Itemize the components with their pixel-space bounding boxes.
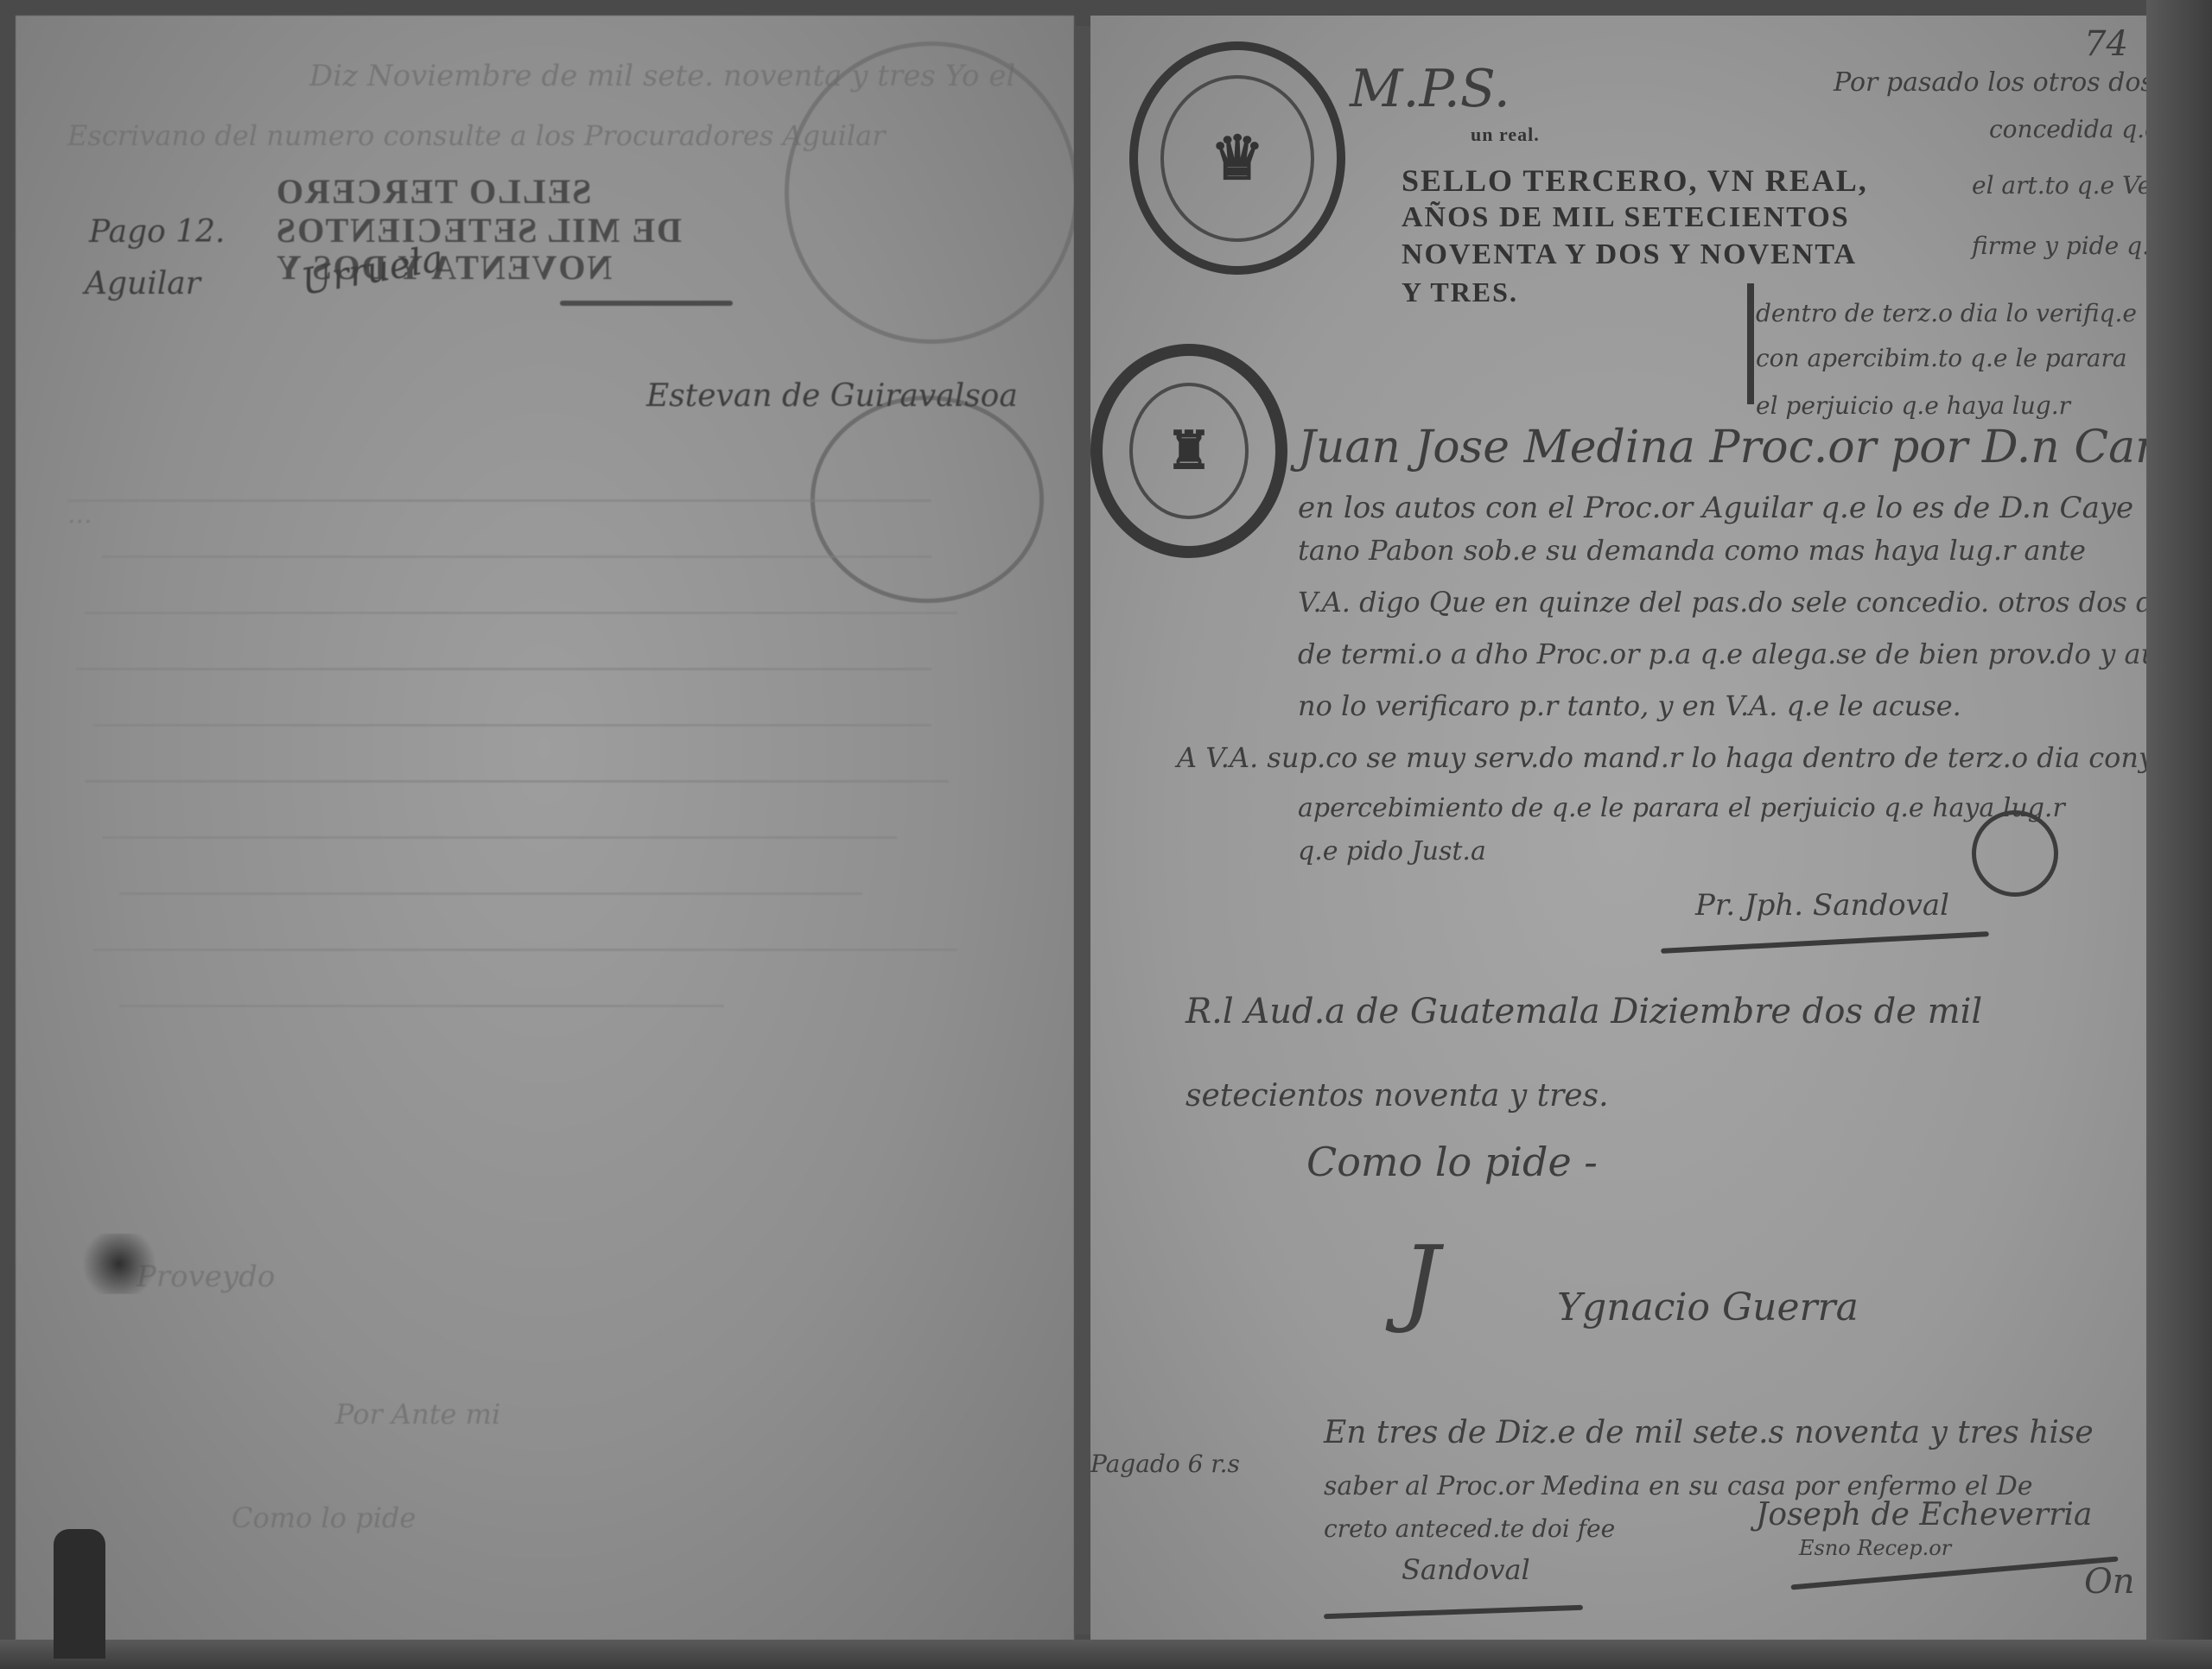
signature-rule: [560, 301, 733, 306]
petition-signature: Pr. Jph. Sandoval: [1695, 888, 1949, 923]
faint-royal-seal-bleedthrough: [785, 41, 1074, 344]
petition-line-7: A V.A. sup.co se muy serv.do mand.r lo h…: [1177, 741, 2146, 774]
stamp-line-4: Y TRES.: [1402, 276, 1518, 308]
signature-echeverria: Joseph de Echeverria: [1756, 1497, 2092, 1533]
scan-edge-bottom: [0, 1640, 2212, 1669]
crowned-shield-icon: ♛: [1211, 123, 1265, 194]
rubric-signature: J: [1402, 1225, 1440, 1336]
margin-note-aguilar: Aguilar: [85, 266, 200, 301]
left-header-line-2: Escrivano del numero consulte a los Proc…: [67, 119, 886, 152]
petition-line-5: de termi.o a dho Proc.or p.a q.e alega.s…: [1298, 638, 2146, 670]
left-lower-ante-mi: Por Ante mi: [335, 1398, 500, 1431]
signature-sandoval: Sandoval: [1402, 1553, 1530, 1586]
right-page: 74 ♛ M.P.S. un real. SELLO TERCERO, VN R…: [1090, 16, 2146, 1643]
decree-bracket: [1747, 283, 1754, 404]
castle-towers-icon: ♜: [1166, 421, 1212, 481]
margin-note-pagado: Pagado 6 r.s: [1090, 1450, 1240, 1478]
stamp-line-2: AÑOS DE MIL SETECIENTOS: [1402, 201, 1850, 234]
folio-number: 74: [2084, 24, 2128, 64]
petition-line-3: tano Pabon sob.e su demanda como mas hay…: [1298, 534, 2086, 567]
decree-line-1: R.l Aud.a de Guatemala Diziembre dos de …: [1185, 992, 1982, 1031]
notification-line-1: En tres de Diz.e de mil sete.s noventa y…: [1324, 1415, 2094, 1450]
notification-line-3: creto anteced.te doi fee: [1324, 1514, 1615, 1543]
bleedthrough-print-1: SELLO TERCERO: [275, 171, 592, 212]
echeverria-title: Esno Recep.or: [1799, 1536, 1951, 1560]
petition-signature-rule: [1661, 931, 1989, 954]
decree-line-3: Como lo pide -: [1306, 1139, 1598, 1185]
decree-line-2: setecientos noventa y tres.: [1185, 1078, 1609, 1114]
petition-line-8: apercebimiento de q.e le parara el perju…: [1298, 793, 2065, 823]
city-seal: ♜: [1090, 344, 1287, 558]
binding-tab: [54, 1529, 105, 1659]
left-page: Diz Noviembre de mil sete. noventa y tre…: [16, 16, 1074, 1643]
left-lower-como-lo-pide: Como lo pide: [232, 1501, 416, 1534]
stamp-line-1: SELLO TERCERO, VN REAL,: [1402, 162, 1868, 199]
petition-line-1: Juan Jose Medina Proc.or por D.n Carlos …: [1298, 422, 2146, 473]
mps-mark: M.P.S.: [1350, 59, 1510, 119]
corner-mark: On: [2084, 1562, 2135, 1602]
royal-seal: ♛: [1129, 41, 1345, 275]
bleedthrough-print-2: DE MIL SETECIENTOS: [275, 210, 682, 251]
petition-line-6: no lo verificaro p.r tanto, y en V.A. q.…: [1298, 689, 1961, 722]
petition-line-2: en los autos con el Proc.or Aguilar q.e …: [1298, 491, 2133, 525]
echeverria-rule: [1790, 1556, 2118, 1590]
left-body-lines: [67, 499, 1001, 1061]
book-gutter: [1074, 26, 1090, 1634]
scan-edge-right: [2146, 0, 2212, 1669]
manuscript-spread: Diz Noviembre de mil sete. noventa y tre…: [0, 0, 2212, 1669]
stamp-line-3: NOVENTA Y DOS Y NOVENTA: [1402, 238, 1857, 271]
sandoval-rule: [1324, 1605, 1583, 1619]
petition-line-9: q.e pido Just.a: [1298, 836, 1486, 866]
petition-line-4: V.A. digo Que en quinze del pas.do sele …: [1298, 586, 2146, 619]
ink-blot: [76, 1234, 162, 1294]
petition-flourish: [1972, 810, 2058, 897]
clerk-signature: Ygnacio Guerra: [1557, 1285, 1859, 1329]
margin-note-pago: Pago 12.: [89, 214, 225, 250]
notary-signature: Estevan de Guiravalsoa: [646, 378, 1018, 414]
stamp-value: un real.: [1471, 124, 1540, 146]
